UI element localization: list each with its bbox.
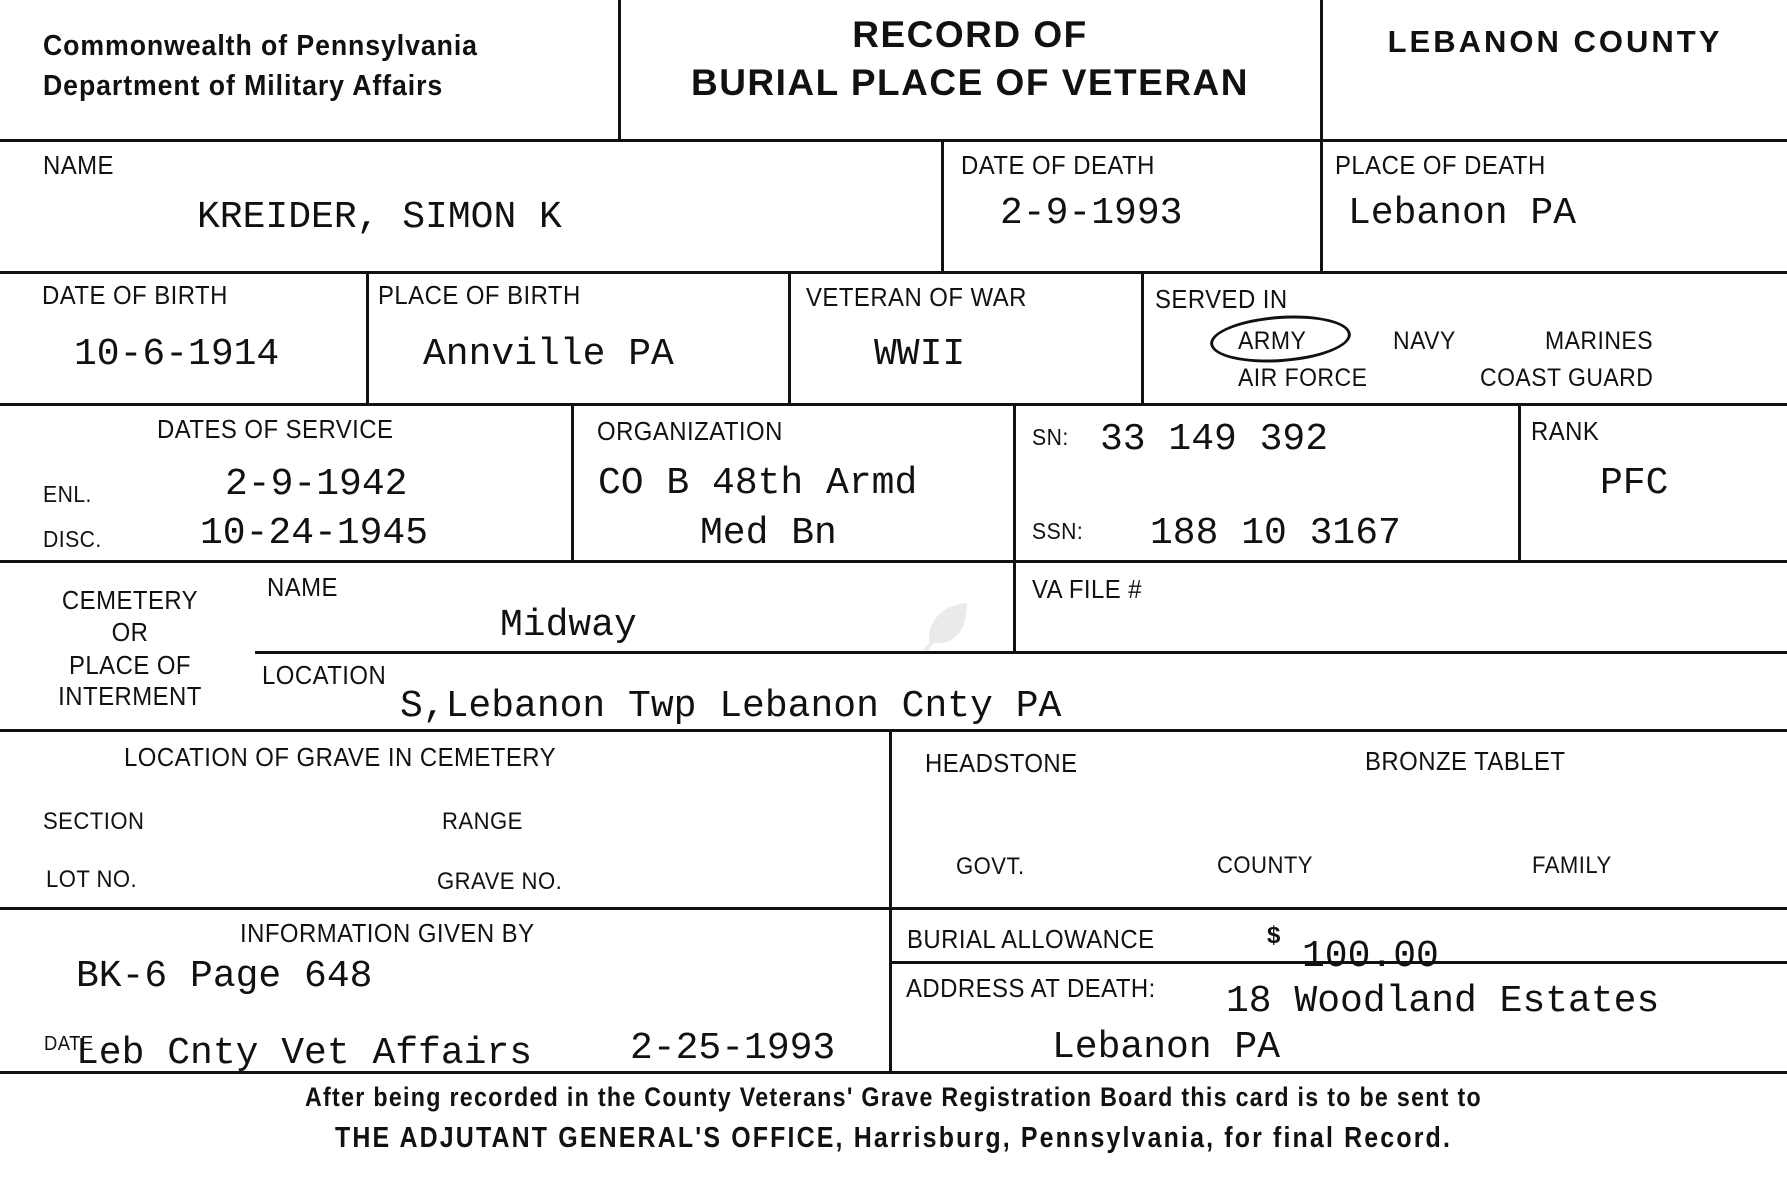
county-name: LEBANON COUNTY (1323, 24, 1787, 60)
discharge-label: DISC. (43, 526, 102, 553)
family-label[interactable]: FAMILY (1532, 852, 1612, 880)
interment-label-line-1: CEMETERY (29, 585, 231, 616)
interment-label-line-4: INTERMENT (29, 681, 231, 712)
served-in-label: SERVED IN (1155, 284, 1288, 315)
address-at-death-label: ADDRESS AT DEATH: (906, 973, 1156, 1004)
rank-label: RANK (1531, 416, 1599, 447)
rule-header-bottom (0, 139, 1787, 142)
location-value[interactable]: S,Lebanon Twp Lebanon Cnty PA (400, 685, 1061, 728)
grave-location-title: LOCATION OF GRAVE IN CEMETERY (124, 742, 556, 773)
organization-line-1[interactable]: CO B 48th Armd (598, 462, 917, 505)
section-label: SECTION (43, 808, 144, 836)
branch-option-air-force[interactable]: AIR FORCE (1238, 364, 1367, 393)
dates-of-service-label: DATES OF SERVICE (157, 414, 393, 445)
form-title-line-1: RECORD OF (620, 14, 1320, 56)
rule-row5-a (1013, 560, 1016, 654)
recorded-by-value[interactable]: Leb Cnty Vet Affairs (76, 1032, 532, 1075)
veteran-of-war-label: VETERAN OF WAR (806, 282, 1027, 313)
headstone-label: HEADSTONE (925, 748, 1078, 779)
enlistment-date[interactable]: 2-9-1942 (225, 463, 407, 506)
rule-row2-b (1320, 139, 1323, 273)
branch-option-marines[interactable]: MARINES (1545, 327, 1653, 356)
place-of-death-label: PLACE OF DEATH (1335, 150, 1546, 181)
burial-allowance-label: BURIAL ALLOWANCE (907, 924, 1155, 955)
rule-row5-bottom (0, 729, 1787, 732)
date-of-death-label: DATE OF DEATH (961, 150, 1155, 181)
rule-header-right (1320, 0, 1323, 141)
rule-row6-bottom (0, 907, 1787, 910)
service-number-value[interactable]: 33 149 392 (1100, 418, 1328, 461)
va-file-label: VA FILE # (1032, 574, 1142, 605)
rule-row4-a (571, 403, 574, 562)
rule-row4-b (1013, 403, 1016, 562)
burial-allowance-value[interactable]: 100.00 (1302, 935, 1439, 978)
currency-symbol: $ (1267, 922, 1280, 950)
address-line-1[interactable]: 18 Woodland Estates (1226, 980, 1659, 1023)
burial-record-card: Commonwealth of Pennsylvania Department … (0, 0, 1787, 1184)
address-line-2[interactable]: Lebanon PA (1052, 1026, 1280, 1069)
ssn-value[interactable]: 188 10 3167 (1150, 512, 1401, 555)
bronze-tablet-label: BRONZE TABLET (1365, 746, 1565, 777)
form-title-line-2: BURIAL PLACE OF VETERAN (620, 62, 1320, 104)
information-given-by-value[interactable]: BK-6 Page 648 (76, 955, 372, 998)
decedent-name[interactable]: KREIDER, SIMON K (197, 196, 562, 239)
place-of-birth-label: PLACE OF BIRTH (378, 280, 581, 311)
place-of-birth-value[interactable]: Annville PA (423, 333, 674, 376)
interment-label-line-3: PLACE OF (29, 650, 231, 681)
agency-line-1: Commonwealth of Pennsylvania (43, 30, 478, 63)
branch-option-army[interactable]: ARMY (1238, 327, 1306, 356)
recorded-date-value[interactable]: 2-25-1993 (630, 1027, 835, 1070)
rule-row3-a (366, 271, 369, 405)
rule-row4-c (1518, 403, 1521, 562)
county-label[interactable]: COUNTY (1217, 852, 1313, 880)
place-of-death-value[interactable]: Lebanon PA (1348, 192, 1576, 235)
enlistment-label: ENL. (43, 481, 92, 508)
information-given-by-label: INFORMATION GIVEN BY (240, 918, 535, 949)
rule-row6-a (889, 729, 892, 1073)
range-label: RANGE (442, 808, 523, 836)
rule-row3-b (788, 271, 791, 405)
interment-label-line-2: OR (29, 617, 231, 648)
name-label: NAME (43, 150, 114, 181)
grave-number-label: GRAVE NO. (437, 868, 562, 896)
branch-option-navy[interactable]: NAVY (1393, 327, 1456, 356)
service-number-label: SN: (1032, 424, 1069, 451)
date-of-birth-value[interactable]: 10-6-1914 (74, 333, 279, 376)
discharge-date[interactable]: 10-24-1945 (200, 512, 428, 555)
organization-line-2[interactable]: Med Bn (700, 512, 837, 555)
rule-row3-c (1141, 271, 1144, 405)
ssn-label: SSN: (1032, 518, 1083, 545)
organization-label: ORGANIZATION (597, 416, 783, 447)
rule-cemetery-name-bottom (255, 651, 1787, 654)
location-label: LOCATION (262, 660, 386, 691)
watermark-leaf-icon (915, 595, 975, 655)
footer-instruction-line-1: After being recorded in the County Veter… (125, 1082, 1662, 1113)
rank-value[interactable]: PFC (1600, 462, 1668, 505)
cemetery-name-value[interactable]: Midway (500, 604, 637, 647)
date-of-death-value[interactable]: 2-9-1993 (1000, 192, 1182, 235)
govt-label[interactable]: GOVT. (956, 853, 1025, 881)
veteran-of-war-value[interactable]: WWII (874, 333, 965, 376)
rule-row2-bottom (0, 271, 1787, 274)
cemetery-name-label: NAME (267, 572, 338, 603)
rule-row2-a (941, 139, 944, 273)
lot-number-label: LOT NO. (46, 866, 137, 894)
date-of-birth-label: DATE OF BIRTH (42, 280, 228, 311)
agency-line-2: Department of Military Affairs (43, 70, 443, 103)
footer-instruction-line-2: THE ADJUTANT GENERAL'S OFFICE, Harrisbur… (125, 1122, 1662, 1155)
branch-option-coast-guard[interactable]: COAST GUARD (1480, 364, 1653, 393)
